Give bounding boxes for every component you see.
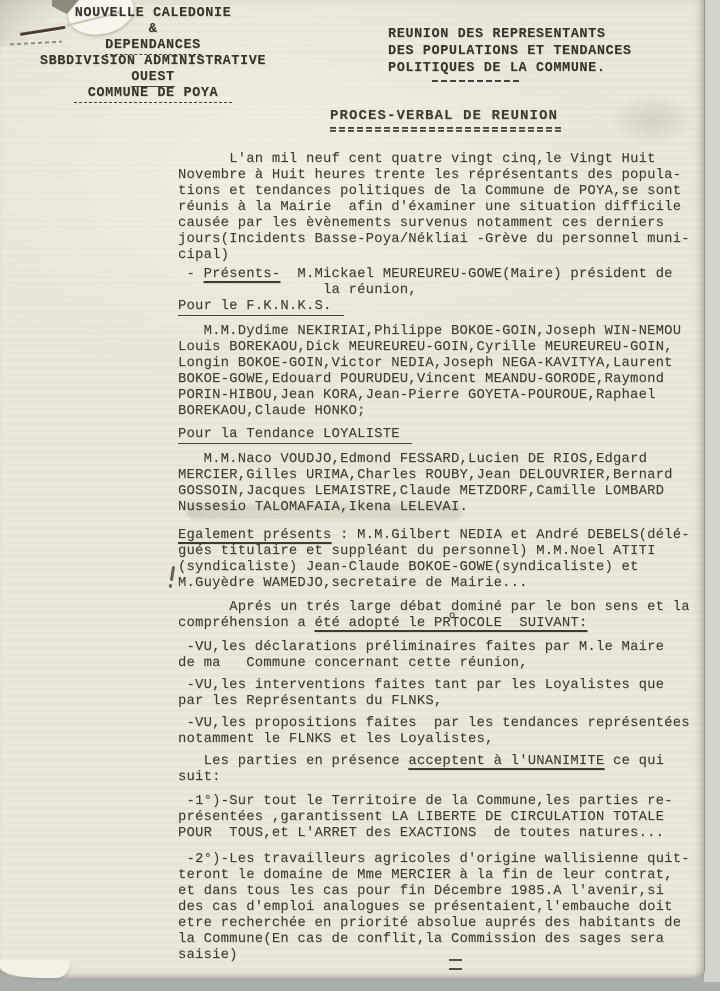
- meeting-subject-block: REUNION DES REPRESENTANTS DES POPULATION…: [388, 26, 658, 82]
- presents-line: - Présents- M.Mickael MEUREUREU-GOWE(Mai…: [178, 267, 694, 299]
- resolution-item-2: -2°)-Les travailleurs agricoles d'origin…: [178, 852, 694, 964]
- egalement-presents-paragraph: Egalement présents : M.M.Gilbert NEDIA e…: [178, 528, 694, 592]
- fknks-heading: Pour le F.K.N.K.S.: [178, 299, 694, 315]
- vu-clause-2: -VU,les interventions faites tant par le…: [178, 678, 694, 710]
- header-left-line: DEPENDANCES: [26, 38, 280, 54]
- page-bottom-curl: [0, 960, 70, 978]
- pencil-smudge: [610, 96, 696, 144]
- vu-clause-3: -VU,les propositions faites par les tend…: [178, 716, 694, 748]
- title-underline-rule: [330, 127, 562, 132]
- header-right-line: DES POPULATIONS ET TENDANCES: [388, 43, 658, 60]
- vu-clause-1: -VU,les déclarations préliminaires faite…: [178, 640, 694, 672]
- presents-label: Présents-: [204, 267, 281, 282]
- header-left-line: OUEST: [26, 70, 280, 86]
- header-left-line: &: [26, 22, 280, 38]
- unanimite-underlined: acceptent à l'UNANIMITE: [408, 754, 604, 769]
- header-left-line: NOUVELLE CALEDONIE: [26, 6, 280, 22]
- margin-pen-mark: [170, 566, 175, 581]
- margin-pen-dot: [169, 584, 172, 588]
- issuing-authority-block: NOUVELLE CALEDONIE & DEPENDANCES SBBDIVI…: [26, 6, 280, 102]
- scanner-background: NOUVELLE CALEDONIE & DEPENDANCES SBBDIVI…: [0, 0, 720, 991]
- egalement-label: Egalement présents: [178, 528, 332, 543]
- resolution-item-1: -1°)-Sur tout le Territoire de la Commun…: [178, 794, 694, 842]
- fknks-attendees-list: M.M.Dydime NEKIRIAI,Philippe BOKOE-GOIN,…: [178, 324, 694, 420]
- loyaliste-attendees-list: M.M.Naco VOUDJO,Edmond FESSARD,Lucien DE…: [178, 452, 694, 516]
- typed-dashes-rule: [432, 80, 522, 82]
- typed-correction-o: o: [449, 608, 456, 624]
- header-right-line: REUNION DES REPRESENTANTS: [388, 26, 658, 43]
- header-right-line: POLITIQUES DE LA COMMUNE.: [388, 60, 658, 77]
- protocole-paragraph: Aprés un trés large débat dominé par le …: [178, 600, 694, 632]
- document-title-block: PROCES-VERBAL DE REUNION: [330, 108, 562, 132]
- header-left-line: SBBDIVISION ADMINISTRATIVE: [26, 54, 280, 70]
- loyaliste-heading: Pour la Tendance LOYALISTE: [178, 427, 694, 443]
- header-left-line: COMMUNE DE POYA: [26, 86, 280, 102]
- document-body: L'an mil neuf cent quatre vingt cinq,le …: [178, 152, 694, 964]
- page-title: PROCES-VERBAL DE REUNION: [330, 108, 562, 124]
- unanimite-paragraph: Les parties en présence acceptent à l'UN…: [178, 754, 694, 786]
- opening-paragraph: L'an mil neuf cent quatre vingt cinq,le …: [178, 152, 694, 264]
- document-page: NOUVELLE CALEDONIE & DEPENDANCES SBBDIVI…: [0, 0, 705, 978]
- scanner-edge-strip: [704, 0, 720, 982]
